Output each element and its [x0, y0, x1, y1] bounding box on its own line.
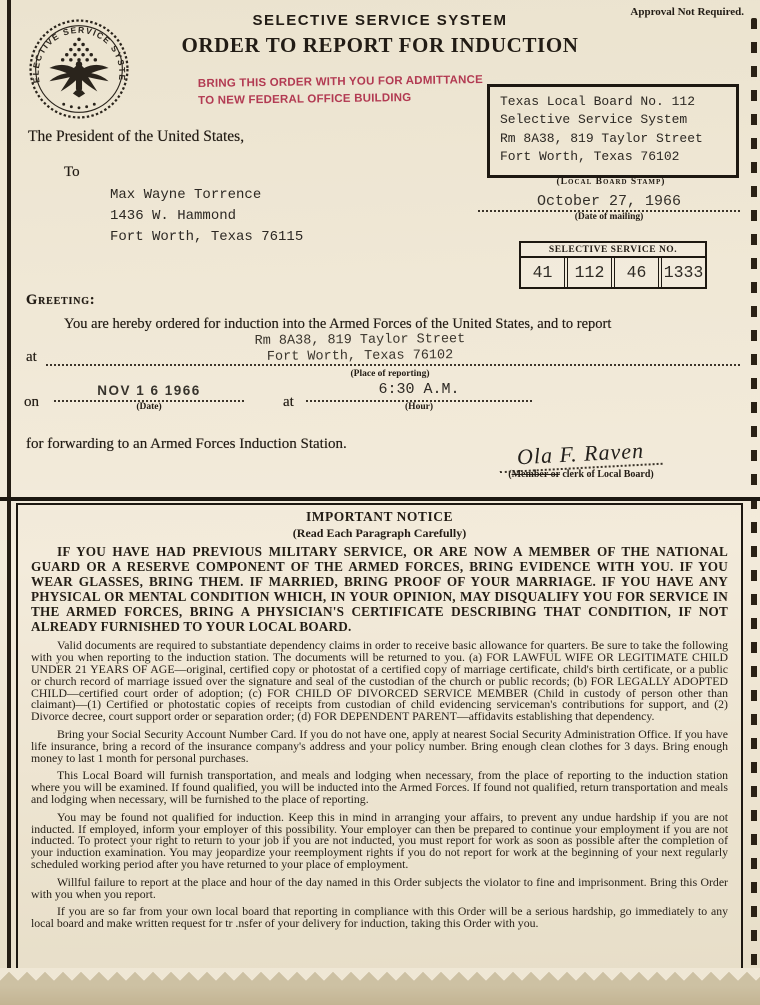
- seal-eagle: [49, 61, 108, 97]
- notice-paragraph-5: You may be found not qualified for induc…: [31, 812, 728, 871]
- notice-subtitle: (Read Each Paragraph Carefully): [31, 526, 728, 541]
- induction-order-document: Approval Not Required. SELECTIVE SERVICE…: [0, 0, 760, 1005]
- report-hour-caption: (Hour): [306, 402, 532, 412]
- local-board-stamp-box: Texas Local Board No. 112 Selective Serv…: [487, 84, 739, 178]
- notice-paragraph-1: IF YOU HAVE HAD PREVIOUS MILITARY SERVIC…: [31, 545, 728, 634]
- selective-service-number-box: SELECTIVE SERVICE NO. 41 112 46 1333: [519, 241, 707, 289]
- section-divider-rule: [0, 497, 760, 501]
- ss-number-header: SELECTIVE SERVICE NO.: [521, 243, 705, 258]
- hour-at-label: at: [283, 394, 294, 411]
- torn-paper-edge: [0, 968, 760, 988]
- ss-number-cell-1: 41: [521, 258, 564, 287]
- mailing-date-value: October 27, 1966: [478, 193, 740, 212]
- addressee-block: Max Wayne Torrence 1436 W. Hammond Fort …: [110, 185, 303, 248]
- greeting-label: Greeting:: [26, 292, 95, 309]
- left-edge-rule: [7, 0, 11, 988]
- important-notice-box: IMPORTANT NOTICE (Read Each Paragraph Ca…: [16, 503, 743, 983]
- ss-number-cell-2: 112: [564, 258, 611, 287]
- report-hour-field: 6:30 A.M. (Hour): [306, 381, 532, 412]
- local-board-stamp-caption: (Local Board Stamp): [487, 177, 735, 187]
- seal-bottom-dots: [62, 103, 95, 109]
- board-line-3: Rm 8A38, 819 Taylor Street: [500, 130, 726, 148]
- background-below-page: [0, 986, 760, 1005]
- board-line-2: Selective Service System: [500, 111, 726, 129]
- report-date-caption: (Date): [54, 402, 244, 412]
- to-label: To: [64, 164, 80, 181]
- ss-number-row: 41 112 46 1333: [521, 258, 705, 287]
- ss-number-cell-3: 46: [611, 258, 658, 287]
- sig-caption-rest: clerk of Local Board): [560, 469, 654, 480]
- addressee-name: Max Wayne Torrence: [110, 185, 303, 206]
- place-of-reporting-caption: (Place of reporting): [150, 369, 630, 379]
- date-of-mailing-field: October 27, 1966 (Date of mailing): [478, 193, 740, 222]
- notice-paragraph-6: Willful failure to report at the place a…: [31, 877, 728, 901]
- report-date-field: NOV 1 6 1966 (Date): [54, 383, 244, 412]
- at-label: at: [26, 349, 37, 366]
- mailing-date-caption: (Date of mailing): [478, 212, 740, 222]
- board-line-4: Fort Worth, Texas 76102: [500, 148, 726, 166]
- seal-star-pyramid: [61, 38, 97, 62]
- notice-paragraph-2: Valid documents are required to substant…: [31, 640, 728, 723]
- notice-paragraph-7: If you are so far from your own local bo…: [31, 906, 728, 930]
- on-label: on: [24, 394, 39, 411]
- forwarding-line: for forwarding to an Armed Forces Induct…: [26, 436, 347, 453]
- clerk-signature: Ola F. Raven: [499, 437, 663, 473]
- addressee-city: Fort Worth, Texas 76115: [110, 227, 303, 248]
- place-of-reporting-dotted-line: [46, 345, 740, 366]
- order-intro-paragraph: You are hereby ordered for induction int…: [24, 316, 738, 333]
- notice-paragraph-3: Bring your Social Security Account Numbe…: [31, 729, 728, 764]
- addressee-street: 1436 W. Hammond: [110, 206, 303, 227]
- report-date-stamp: NOV 1 6 1966: [54, 383, 244, 402]
- admittance-rubber-stamp: BRING THIS ORDER WITH YOU FOR ADMITTANCE…: [198, 72, 484, 109]
- clerk-signature-field: Ola F. Raven (Member or clerk of Local B…: [420, 441, 742, 480]
- president-line: The President of the United States,: [28, 128, 244, 146]
- notice-paragraph-4: This Local Board will furnish transporta…: [31, 770, 728, 805]
- selective-service-seal-icon: SELECTIVE SERVICE SYSTEM: [28, 18, 130, 125]
- board-line-1: Texas Local Board No. 112: [500, 93, 726, 111]
- notice-title: IMPORTANT NOTICE: [31, 509, 728, 525]
- ss-number-cell-4: 1333: [658, 258, 705, 287]
- clerk-signature-caption: (Member or clerk of Local Board): [420, 469, 742, 480]
- admittance-stamp-line2: TO NEW FEDERAL OFFICE BUILDING: [198, 89, 483, 110]
- report-hour-value: 6:30 A.M.: [306, 381, 532, 402]
